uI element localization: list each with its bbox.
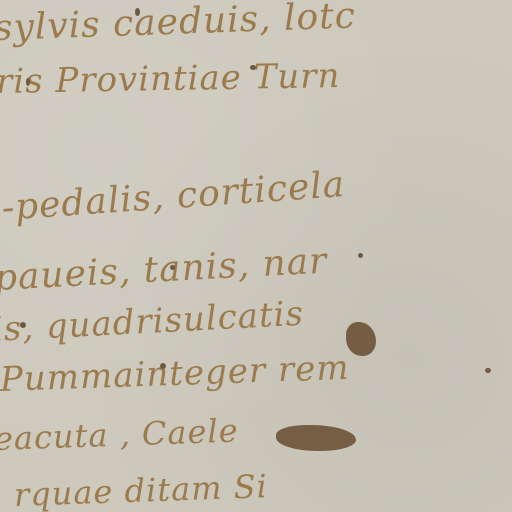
- manuscript-page: sylvis caeduis, lotc ris Provintiae Turn…: [0, 0, 512, 512]
- paper-speck: [170, 265, 175, 270]
- manuscript-line-5: is, quadrisulcatis: [0, 294, 305, 350]
- manuscript-line-3: -pedalis, corticela: [1, 164, 347, 229]
- paper-speck: [135, 8, 140, 16]
- manuscript-line-1: sylvis caeduis, lotc: [0, 0, 356, 49]
- ink-blot: [276, 425, 356, 451]
- manuscript-line-2: ris Provintiae Turn: [0, 56, 341, 102]
- paper-speck: [358, 253, 363, 258]
- paper-speck: [485, 368, 491, 373]
- paper-speck: [160, 363, 166, 369]
- paper-speck: [20, 322, 26, 328]
- paper-speck: [26, 78, 30, 86]
- manuscript-line-4: paueis, tanis, nar: [0, 241, 328, 299]
- manuscript-line-7: eacuta , Caele: [0, 411, 239, 458]
- paper-speck: [250, 65, 256, 70]
- manuscript-line-6: Pummainteger rem: [0, 348, 350, 400]
- ink-blot: [346, 322, 376, 356]
- manuscript-line-8: rquae ditam Si: [13, 467, 268, 512]
